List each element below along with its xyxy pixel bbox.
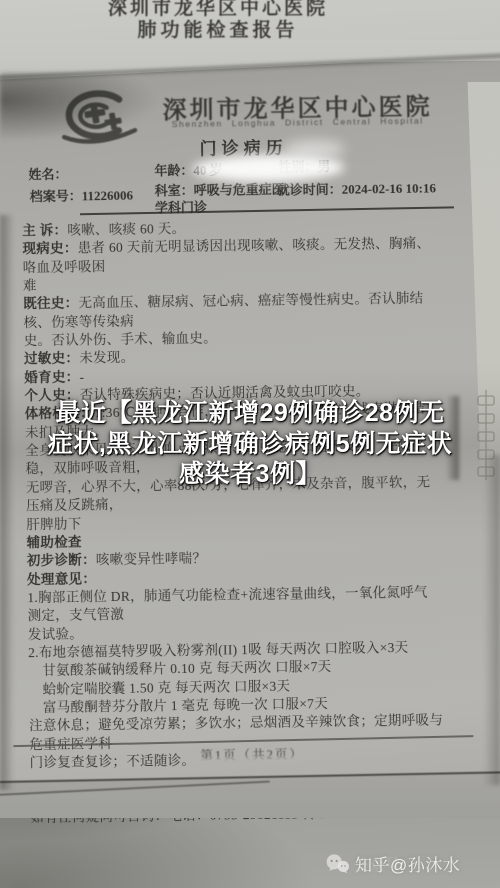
- patient-visit-time-field: 就诊时间：2024-02-16 10:16: [277, 177, 437, 198]
- record-line-text: 史。否认外伤、手术、输血史。: [24, 331, 217, 349]
- record-line: 1.胸部正侧位 DR，肺通气功能检查+流速容量曲线，一氧化氮呼气测定，支气管激: [27, 583, 441, 625]
- record-line-text: 咳嗽、咳痰 60 天。: [67, 221, 185, 238]
- patient-age-label: 年龄：: [154, 163, 193, 179]
- record-line-text: 富马酸酮替芬分散片 1 毫克 每晚一次 口服×7天: [43, 696, 328, 715]
- record-line-text: 发试验。: [28, 626, 83, 642]
- caption-line: 最近【黑龙江新增29例确诊28例无: [0, 398, 500, 429]
- record-line-label: 主 诉：: [22, 223, 67, 239]
- record-line-text: 咳嗽变异性哮喘？: [96, 551, 207, 568]
- news-caption-overlay: 最近【黑龙江新增29例确诊28例无 症状,黑龙江新增确诊病例5例无症状 感染者3…: [0, 398, 500, 490]
- record-body: 主 诉：咳嗽、咳痰 60 天。 现病史：患者 60 天前无明显诱因出现咳嗽、咳痰…: [22, 216, 444, 827]
- patient-file-no-field: 档案号：11226006: [30, 185, 134, 205]
- record-line-text: 未发现。: [79, 350, 134, 366]
- patient-name-label: 姓名：: [28, 167, 67, 183]
- patient-name-field: 姓名：: [28, 164, 67, 184]
- record-line-label: 现病史：: [22, 241, 77, 257]
- record-line: 既往史：无高血压、糖尿病、冠心病、癌症等慢性病史。否认肺结核、伤寒等传染病: [23, 290, 437, 332]
- record-line-text: -: [79, 369, 84, 384]
- caption-line: 症状,黑龙江新增确诊病例5例无症状: [0, 429, 500, 460]
- paper-left-edge-shadow: [0, 215, 14, 790]
- top-left-corner-shadow: [0, 72, 160, 142]
- watermark: 公众号 知乎@孙沐水: [325, 850, 495, 876]
- medical-record-photo: 深圳市龙华区中心医院 肺功能检查报告 名： 流号/床号 王文涛 住院号： 深圳市…: [0, 0, 500, 888]
- record-line-text: 甘氨酸茶碱钠缓释片 0.10 克 每天两次 口服×7天: [42, 659, 331, 678]
- record-line-text: 患者 60 天前无明显诱因出现咳嗽、咳痰。无发热、胸痛、咯血及呼吸困: [23, 236, 431, 275]
- patient-visit-time-label: 就诊时间：: [277, 182, 342, 198]
- record-line-text: 肝脾肋下: [26, 516, 81, 532]
- record-line-text: 2.布地奈德福莫特罗吸入粉雾剂(II) 1吸 每天两次 口腔吸入×3天: [28, 640, 409, 660]
- patient-visit-time-value: 2024-02-16 10:16: [342, 180, 436, 196]
- record-line: 现病史：患者 60 天前无明显诱因出现咳嗽、咳痰。无发热、胸痛、咯血及呼吸困: [22, 235, 436, 277]
- watermark-text: 知乎@孙沐水: [355, 851, 460, 876]
- bg-report-doc-title: 肺功能检查报告: [0, 15, 436, 42]
- record-line-text: 无高血压、糖尿病、冠心病、癌症等慢性病史。否认肺结核、伤寒等传染病: [23, 291, 423, 330]
- wechat-chat-bubbles-icon: [325, 853, 350, 874]
- patient-file-no-label: 档案号：: [30, 188, 82, 204]
- record-line-label: 过敏史：: [24, 351, 79, 367]
- record-line-text: 蛤蚧定喘胶囊 1.50 克 每天两次 口服×3天: [43, 678, 291, 696]
- paper-right-edge-shadow: [484, 455, 500, 785]
- record-line-label: 处理意见：: [27, 571, 96, 587]
- record-line-label: 既往史：: [23, 296, 78, 312]
- caption-line: 感染者3例】: [0, 459, 500, 490]
- paper-glare-spot: [283, 140, 345, 158]
- record-line-text: 1.胸部正侧位 DR，肺通气功能检查+流速容量曲线，一氧化氮呼气测定，支气管激: [27, 584, 428, 623]
- patient-dept-label: 科室：: [155, 183, 194, 199]
- record-line-label: 辅助检查: [26, 534, 81, 550]
- record-line-text: 难: [23, 278, 37, 293]
- record-line-label: 初步诊断：: [27, 552, 96, 568]
- patient-file-no-value: 11226006: [82, 188, 134, 204]
- record-line-label: 婚育史：: [24, 369, 79, 385]
